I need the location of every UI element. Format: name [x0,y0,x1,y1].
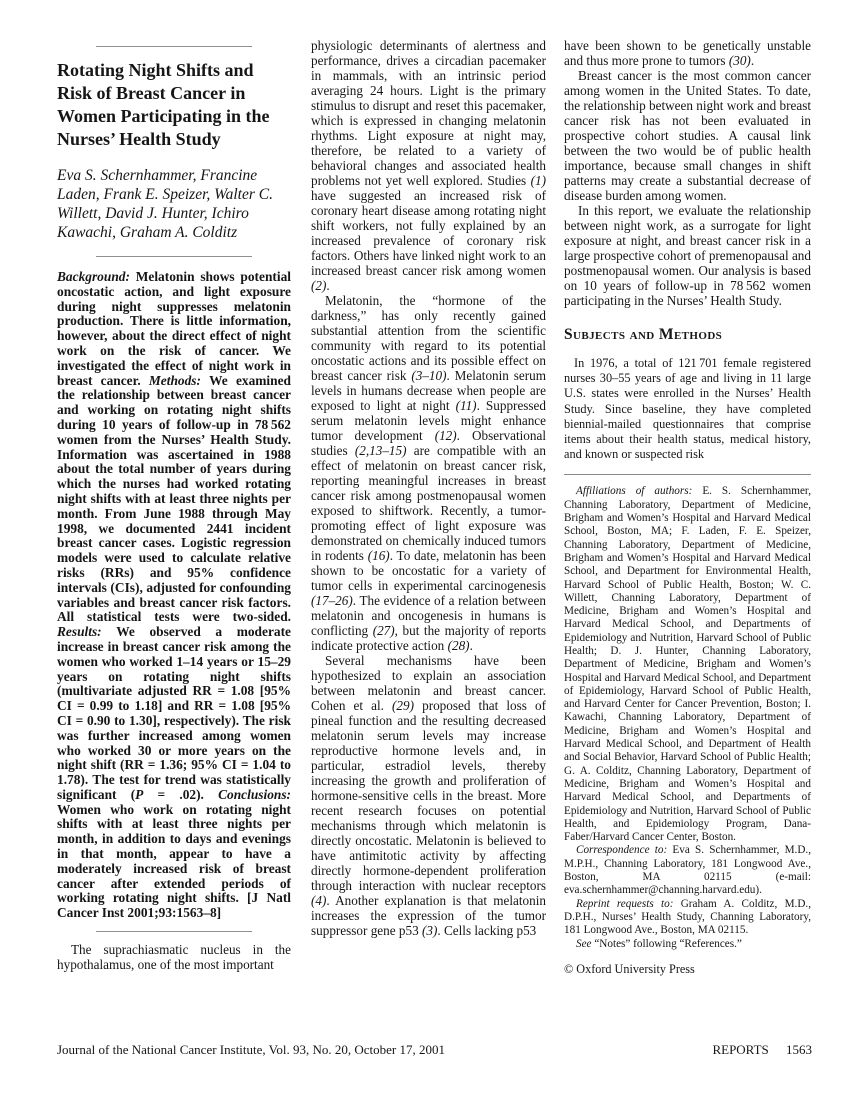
section-label: REPORTS [712,1042,768,1057]
copyright-line: © Oxford University Press [564,963,811,976]
divider-authors [96,256,252,257]
title-line: Risk of Breast Cancer in [57,82,291,105]
divider-abstract [96,931,252,932]
footnote-divider [564,474,811,475]
paper-authors: Eva S. Schernhammer, Francine Laden, Fra… [57,166,291,242]
abstract: Background: Melatonin shows potential on… [57,270,291,921]
title-line: Rotating Night Shifts and [57,59,291,82]
correspondence-footnote: Correspondence to: Eva S. Schernhammer, … [564,844,811,897]
journal-citation: Journal of the National Cancer Institute… [57,1042,445,1058]
right-column: have been shown to be genetically unstab… [564,38,811,976]
body-paragraph: Melatonin, the “hormone of the darkness,… [311,293,546,653]
section-heading-subjects-and-methods: Subjects and Methods [564,326,811,344]
footnotes-block: Affiliations of authors: E. S. Schernham… [564,485,811,976]
middle-column: physiologic determinants of alertness an… [311,38,546,938]
reprint-requests-footnote: Reprint requests to: Graham A. Colditz, … [564,898,811,938]
title-line: Women Participating in the [57,105,291,128]
divider-top [96,46,252,47]
page-number: 1563 [786,1042,812,1057]
body-paragraph: physiologic determinants of alertness an… [311,38,546,293]
body-paragraph: Several mechanisms have been hypothesize… [311,653,546,938]
methods-paragraph: In 1976, a total of 121 701 female regis… [564,356,811,462]
journal-article-page: Rotating Night Shifts and Risk of Breast… [0,0,850,1100]
body-paragraph: have been shown to be genetically unstab… [564,38,811,68]
running-head: REPORTS 1563 [712,1042,812,1058]
body-paragraph: Breast cancer is the most common cancer … [564,68,811,203]
paper-title: Rotating Night Shifts and Risk of Breast… [57,59,291,151]
body-paragraph: In this report, we evaluate the relation… [564,203,811,308]
affiliations-footnote: Affiliations of authors: E. S. Schernham… [564,485,811,844]
left-column: Rotating Night Shifts and Risk of Breast… [57,38,291,972]
intro-paragraph: The suprachiasmatic nucleus in the hypot… [57,942,291,972]
see-notes-footnote: See “Notes” following “References.” [564,938,811,951]
title-line: Nurses’ Health Study [57,128,291,151]
